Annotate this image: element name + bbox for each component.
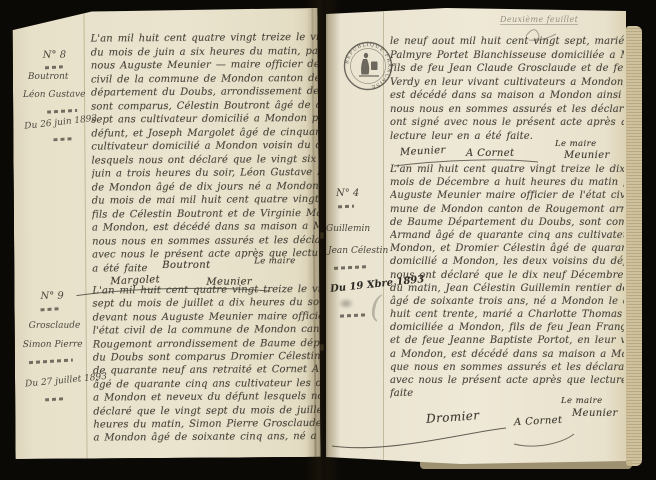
handwritten-line: Palmyre Portet Blanchisseuse domiciliée … [390, 49, 624, 63]
handwritten-line: L'an mil huit cent quatre vingt treize l… [390, 163, 624, 176]
handwritten-line: du mois de mai mil huit cent quatre ving… [92, 193, 319, 208]
handwritten-line: mune de Mondon canton de Rougemont arron… [390, 203, 624, 216]
margin-dashes [45, 65, 63, 69]
binding-stitch [320, 344, 324, 351]
handwritten-line: sept ans cultivateur domicilié a Mondon … [91, 112, 318, 127]
handwritten-line: a Mondon, est décédé dans sa maison a Mo… [92, 220, 319, 235]
handwritten-line: de Baume Département du Doubs, sont comp… [390, 216, 624, 229]
handwritten-line: avec nous le présent acte après que lect… [390, 374, 624, 387]
act3-text: le neuf aout mil huit cent vingt sept, m… [390, 35, 624, 143]
handwritten-line: sept du mois de juillet a dix heures du … [92, 296, 319, 311]
act1-margin-name2: Léon Gustave [23, 90, 85, 100]
ink-smudge [338, 298, 354, 309]
act3-signature-label: Le maire [555, 139, 597, 149]
handwritten-line: nous Auguste Meunier — maire officier de… [91, 58, 318, 73]
act1-signature-label: Le maire [254, 256, 296, 266]
act4-margin-name2: Jean Célestin [328, 246, 388, 256]
act3-signature-left: Meunier [400, 145, 446, 158]
act4-signature-label: Le maire [561, 396, 603, 406]
act1-margin-number: N° 8 [43, 50, 66, 61]
handwritten-line: Auguste Meunier maire officier de l'état… [390, 189, 624, 202]
handwritten-line: de quarante neuf ans retraité et Cornet … [93, 363, 320, 378]
act4-text: L'an mil huit cent quatre vingt treize l… [390, 163, 624, 400]
handwritten-line: Verdy en leur vivant cultivateurs a Mond… [390, 76, 624, 90]
book-page-edges [626, 26, 642, 466]
handwritten-line: l'état civil de la commune de Mondon can… [93, 323, 320, 338]
act3-signature-mayor: Meunier [564, 150, 610, 161]
right-page: Deuxième feuillet RÉPUBLIQUE FRANÇAISE l… [326, 8, 626, 464]
margin-dashes [338, 205, 354, 209]
act4-signature-mayor: Meunier [572, 408, 618, 419]
act1-signature-declarant: Boutront [162, 260, 210, 271]
act4-margin-name1: Guillemin [326, 224, 370, 234]
handwritten-line: domicilié a Mondon, les deux voisins du … [390, 255, 624, 268]
act1-margin-date: Du 26 juin 1893 [24, 114, 98, 132]
handwritten-line: fils de feu Jean Claude Grosclaude et de… [390, 62, 624, 76]
handwritten-line: cultivateur domicilié a Mondon voisin du… [91, 139, 318, 154]
handwritten-line: le neuf aout mil huit cent vingt sept, m… [390, 35, 624, 49]
left-page: N° 8 Boutront Léon Gustave Du 26 juin 18… [12, 8, 320, 459]
official-stamp: RÉPUBLIQUE FRANÇAISE [341, 39, 395, 93]
margin-dashes [334, 265, 368, 270]
pencil-note: Deuxième feuillet [500, 15, 578, 25]
stamp-figure-icon [359, 53, 379, 76]
left-margin-rule [83, 10, 87, 459]
act2-text: L'an mil huit cent quatre vingt treize l… [92, 283, 320, 445]
handwritten-line: du matin, Jean Célestin Guillemin rentie… [390, 282, 624, 295]
scanned-register-photograph: { "palette": { "background": "#0b0906", … [0, 0, 656, 480]
handwritten-line: L'an mil huit cent quatre vingt treize l… [91, 31, 318, 46]
handwritten-line: département du Doubs, arrondissement de … [91, 85, 318, 100]
handwritten-line: a Mondon, est décédé dans sa maison a Mo… [390, 348, 624, 361]
margin-dashes [40, 307, 58, 311]
handwritten-line: ont signé avec nous le présent acte aprè… [390, 116, 624, 130]
act4-margin-number: N° 4 [336, 188, 359, 199]
handwritten-line: que nous en sommes assurés et les déclar… [390, 361, 624, 374]
act1-margin-name1: Boutront [28, 72, 69, 82]
margin-dashes [45, 397, 65, 401]
handwritten-line: a Mondon âgé de soixante cinq ans, né a … [93, 430, 320, 445]
handwritten-line: et de feue Jeanne Baptiste Portot, en le… [390, 334, 624, 347]
handwritten-line: juin a trois heures du soir, Léon Gustav… [92, 166, 319, 181]
handwritten-line: a Mondon et neveux du défunt lesquels no… [93, 390, 320, 405]
marginal-brace-mark: ( [370, 290, 382, 325]
act4-signature-left: Dromier [426, 408, 480, 426]
act2-margin-number: N° 9 [40, 291, 63, 302]
act2-margin-name1: Grosclaude [29, 321, 81, 331]
handwritten-line: domiciliée a Mondon, fils de feu Jean Fr… [390, 321, 624, 334]
handwritten-line: Mondon, et Dromier Célestin âgé de quara… [390, 242, 624, 255]
act1-text: L'an mil huit cent quatre vingt treize l… [91, 31, 320, 276]
handwritten-line: mois de Décembre a huit heures du matin … [390, 176, 624, 189]
act3-signature-center: A Cornet [466, 148, 514, 159]
handwritten-line: nous ont déclaré que le dix neuf Décembr… [390, 269, 624, 282]
handwritten-line: est décédé dans sa maison a Mondon ainsi… [390, 89, 624, 103]
act2-margin-name2: Simon Pierre [23, 340, 83, 350]
margin-dashes [29, 359, 73, 365]
margin-dashes [47, 109, 77, 114]
handwritten-line: âgé de soixante trois ans, né a Mondon l… [390, 295, 624, 308]
binding-stitch [320, 232, 324, 239]
act4-signature-center: A Cornet [514, 415, 563, 429]
handwritten-line: nous nous en sommes assurés et les décla… [390, 103, 624, 117]
margin-dashes [53, 137, 73, 141]
handwritten-line: huit cent trente, marié a Charlotte Thom… [390, 308, 624, 321]
margin-dashes [340, 313, 366, 317]
handwritten-line: Armand âgé de quarante cinq ans cultivat… [390, 229, 624, 242]
